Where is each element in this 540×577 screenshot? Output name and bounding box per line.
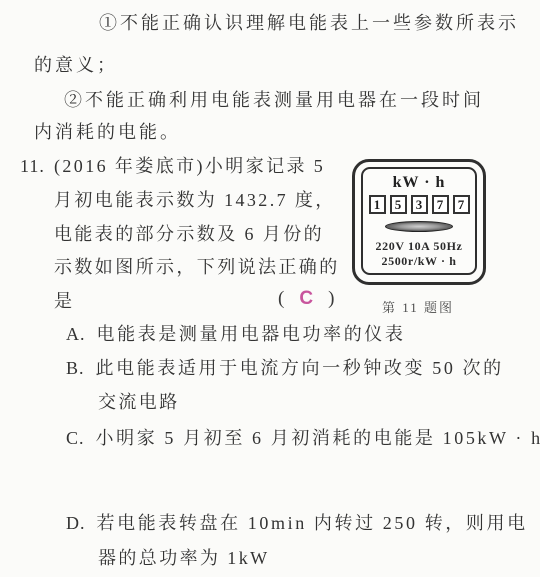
intro-point2-line2: 内消耗的电能。: [34, 121, 181, 143]
meter-spec-line1: 220V 10A 50Hz: [363, 239, 475, 254]
question-line3: 电能表的部分示数及 6 月份的: [54, 223, 324, 245]
intro-point2-line1: ②不能正确利用电能表测量用电器在一段时间: [64, 89, 484, 111]
answer-open-paren: (: [278, 288, 284, 309]
option-d-text-line2: 器的总功率为 1kW: [98, 547, 270, 569]
intro-point1-line1: ①不能正确认识理解电能表上一些参数所表示: [99, 12, 519, 34]
meter-disc-icon: [385, 221, 453, 232]
energy-meter-figure: kW · h 1 5 3 7 7 220V 10A 50Hz 2500r/kW …: [352, 159, 486, 285]
option-b-text: 此电能表适用于电流方向一秒钟改变 50 次的: [96, 357, 504, 379]
answer-blank: (C): [278, 288, 334, 310]
option-c: C. 小明家 5 月初至 6 月初消耗的电能是 105kW · h: [66, 427, 540, 449]
meter-digit: 7: [453, 195, 470, 214]
option-a-label: A.: [66, 323, 86, 345]
question-number: 11.: [20, 155, 45, 177]
answer-letter: C: [299, 288, 313, 309]
meter-digit: 7: [432, 195, 449, 214]
meter-unit-label: kW · h: [363, 174, 475, 192]
option-b-label: B.: [66, 357, 85, 379]
option-a: A. 电能表是测量用电器电功率的仪表: [66, 323, 406, 345]
meter-digit: 5: [390, 195, 407, 214]
option-b-text-line2: 交流电路: [98, 391, 180, 413]
question-line2: 月初电能表示数为 1432.7 度，: [54, 189, 336, 211]
question-line4: 示数如图所示，下列说法正确的: [54, 256, 340, 278]
question-line1: (2016 年娄底市)小明家记录 5: [54, 155, 325, 177]
meter-digit: 1: [369, 195, 386, 214]
meter-spec-line2: 2500r/kW · h: [363, 254, 475, 269]
figure-caption: 第 11 题图: [382, 297, 454, 316]
meter-digit: 3: [411, 195, 428, 214]
option-b: B. 此电能表适用于电流方向一秒钟改变 50 次的: [66, 357, 504, 379]
intro-point1-line2: 的意义；: [34, 54, 118, 76]
option-c-text: 小明家 5 月初至 6 月初消耗的电能是 105kW · h: [96, 427, 540, 449]
textbook-page: ①不能正确认识理解电能表上一些参数所表示 的意义； ②不能正确利用电能表测量用电…: [0, 0, 540, 577]
option-d: D. 若电能表转盘在 10min 内转过 250 转，则用电: [66, 512, 528, 534]
meter-digit-register: 1 5 3 7 7: [363, 195, 475, 214]
energy-meter-panel: kW · h 1 5 3 7 7 220V 10A 50Hz 2500r/kW …: [361, 167, 477, 275]
option-c-label: C.: [66, 427, 85, 449]
answer-close-paren: ): [328, 288, 334, 309]
option-a-text: 电能表是测量用电器电功率的仪表: [97, 323, 406, 345]
option-d-label: D.: [66, 512, 86, 534]
option-d-text: 若电能表转盘在 10min 内转过 250 转，则用电: [97, 512, 528, 534]
question-line5: 是: [54, 290, 74, 312]
